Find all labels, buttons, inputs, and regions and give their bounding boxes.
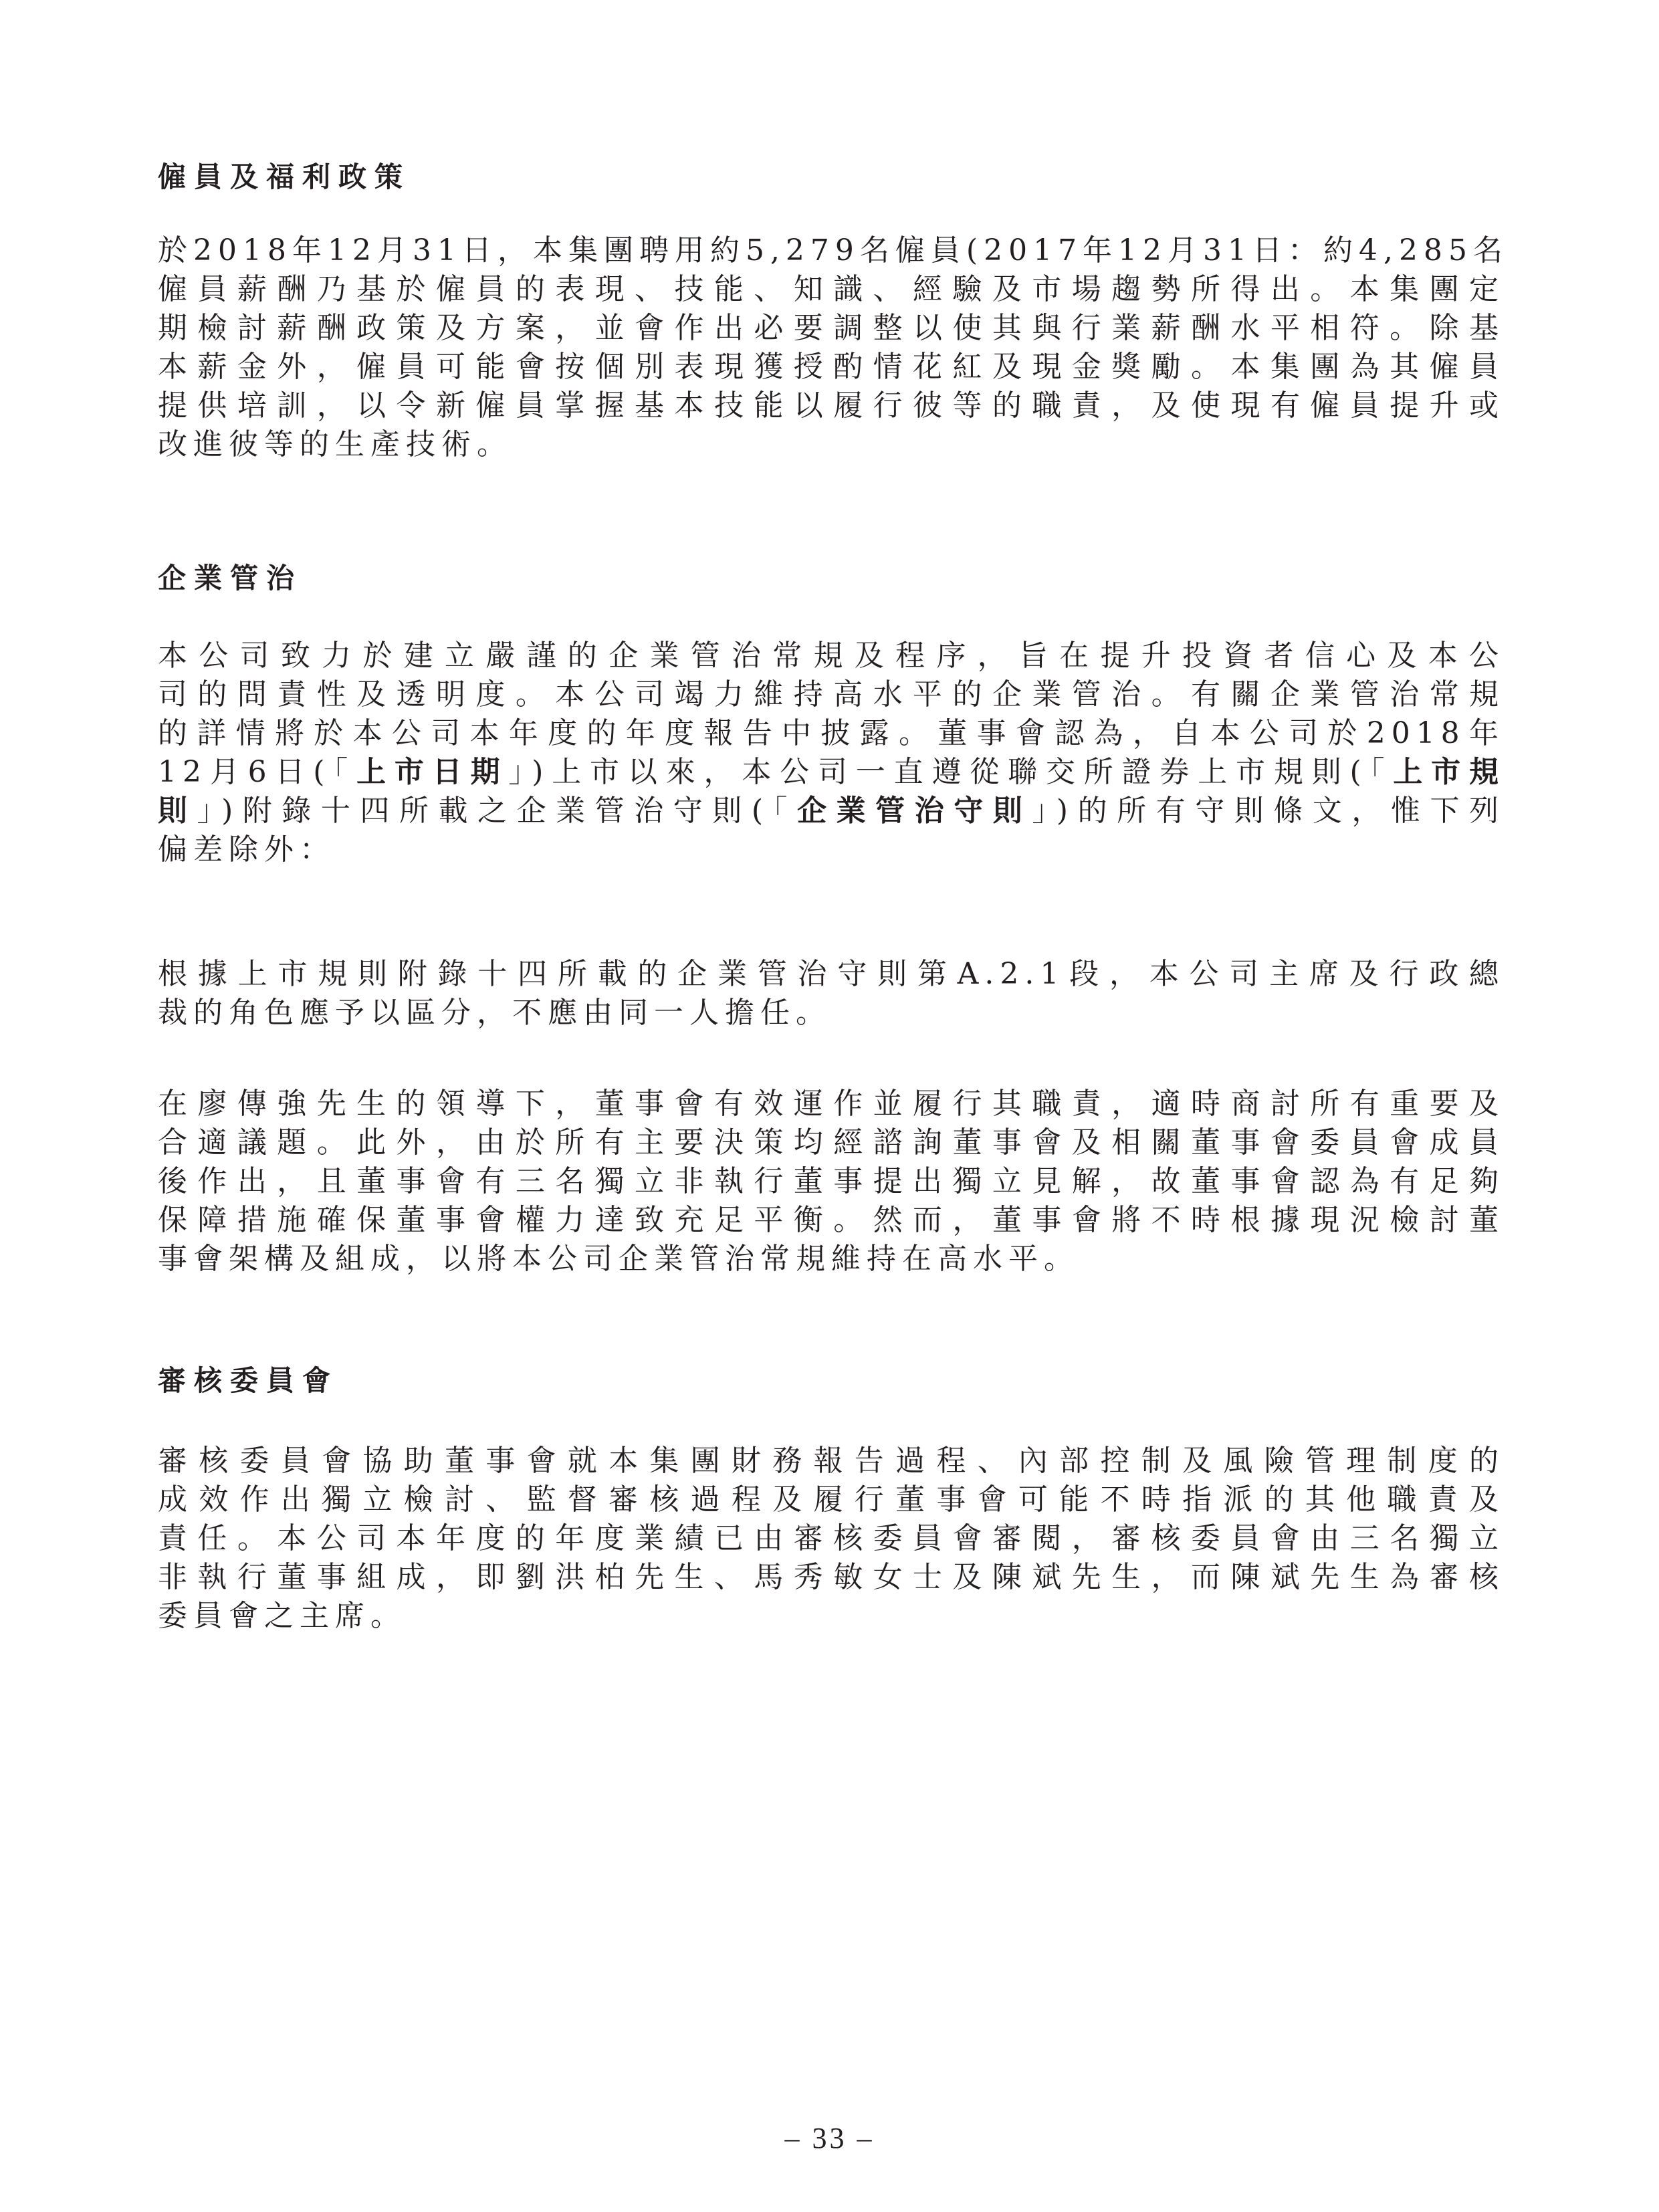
section-heading-corporate-governance: 企業管治: [158, 562, 302, 595]
text-line: 責任。本公司本年度的年度業績已由審核委員會審閱，審核委員會由三名獨立: [158, 1519, 1505, 1558]
text-line: 本公司致力於建立嚴謹的企業管治常規及程序，旨在提升投資者信心及本公: [158, 637, 1505, 675]
text-line: 裁的角色應予以區分，不應由同一人擔任。: [158, 994, 1505, 1032]
text-line-with-defined-terms: 12月6日(「上市日期」)上市以來，本公司一直遵從聯交所證券上市規則(「上市規: [158, 753, 1505, 792]
text-line: 非執行董事組成，即劉洪柏先生、馬秀敏女士及陳斌先生，而陳斌先生為審核: [158, 1558, 1505, 1597]
text-line: 本薪金外，僱員可能會按個別表現獲授酌情花紅及現金獎勵。本集團為其僱員: [158, 348, 1505, 386]
text-line: 司的問責性及透明度。本公司竭力維持高水平的企業管治。有關企業管治常規: [158, 675, 1505, 714]
text-line: 期檢討薪酬政策及方案，並會作出必要調整以使其與行業薪酬水平相符。除基: [158, 309, 1505, 348]
defined-term-listing-rules: 上市規: [1393, 755, 1505, 789]
paragraph-employees: 於2018年12月31日，本集團聘用約5,279名僱員(2017年12月31日：…: [158, 231, 1505, 464]
defined-term-listing-date: 上市日期: [356, 755, 508, 789]
text-fragment: 」)的所有守則條文，惟下列: [1032, 794, 1505, 828]
text-line-with-defined-terms: 則」)附錄十四所載之企業管治守則(「企業管治守則」)的所有守則條文，惟下列: [158, 792, 1505, 831]
page-number: – 33 –: [0, 2121, 1659, 2155]
text-line: 根據上市規則附錄十四所載的企業管治守則第A.2.1段，本公司主席及行政總: [158, 955, 1505, 994]
paragraph-code-deviation: 根據上市規則附錄十四所載的企業管治守則第A.2.1段，本公司主席及行政總 裁的角…: [158, 955, 1505, 1032]
text-line: 在廖傳強先生的領導下，董事會有效運作並履行其職責，適時商討所有重要及: [158, 1085, 1505, 1123]
section-heading-employees: 僱員及福利政策: [158, 160, 411, 194]
text-line: 審核委員會協助董事會就本集團財務報告過程、內部控制及風險管理制度的: [158, 1442, 1505, 1480]
defined-term-listing-rules-end: 則: [158, 794, 197, 828]
text-line: 改進彼等的生產技術。: [158, 425, 1505, 464]
text-fragment: 」)附錄十四所載之企業管治守則(「: [197, 794, 798, 828]
text-line: 提供培訓，以令新僱員掌握基本技能以履行彼等的職責，及使現有僱員提升或: [158, 386, 1505, 425]
paragraph-audit-committee: 審核委員會協助董事會就本集團財務報告過程、內部控制及風險管理制度的 成效作出獨立…: [158, 1442, 1505, 1636]
paragraph-governance-intro: 本公司致力於建立嚴謹的企業管治常規及程序，旨在提升投資者信心及本公 司的問責性及…: [158, 637, 1505, 869]
paragraph-board-leadership: 在廖傳強先生的領導下，董事會有效運作並履行其職責，適時商討所有重要及 合適議題。…: [158, 1085, 1505, 1279]
text-line: 成效作出獨立檢討、監督審核過程及履行董事會可能不時指派的其他職責及: [158, 1480, 1505, 1519]
text-line: 於2018年12月31日，本集團聘用約5,279名僱員(2017年12月31日：…: [158, 231, 1505, 270]
text-line: 合適議題。此外，由於所有主要決策均經諮詢董事會及相關董事會委員會成員: [158, 1123, 1505, 1162]
text-line: 僱員薪酬乃基於僱員的表現、技能、知識、經驗及市場趨勢所得出。本集團定: [158, 270, 1505, 309]
text-line: 後作出，且董事會有三名獨立非執行董事提出獨立見解，故董事會認為有足夠: [158, 1162, 1505, 1201]
text-line: 偏差除外：: [158, 831, 1505, 869]
text-line: 的詳情將於本公司本年度的年度報告中披露。董事會認為，自本公司於2018年: [158, 714, 1505, 753]
text-line: 委員會之主席。: [158, 1597, 1505, 1636]
text-line: 保障措施確保董事會權力達致充足平衡。然而，董事會將不時根據現況檢討董: [158, 1201, 1505, 1240]
text-line: 事會架構及組成，以將本公司企業管治常規維持在高水平。: [158, 1240, 1505, 1279]
text-fragment: 」)上市以來，本公司一直遵從聯交所證券上市規則(「: [508, 755, 1393, 789]
defined-term-cg-code: 企業管治守則: [797, 794, 1032, 828]
text-fragment: 12月6日(「: [158, 755, 356, 789]
section-heading-audit-committee: 審核委員會: [158, 1364, 338, 1398]
